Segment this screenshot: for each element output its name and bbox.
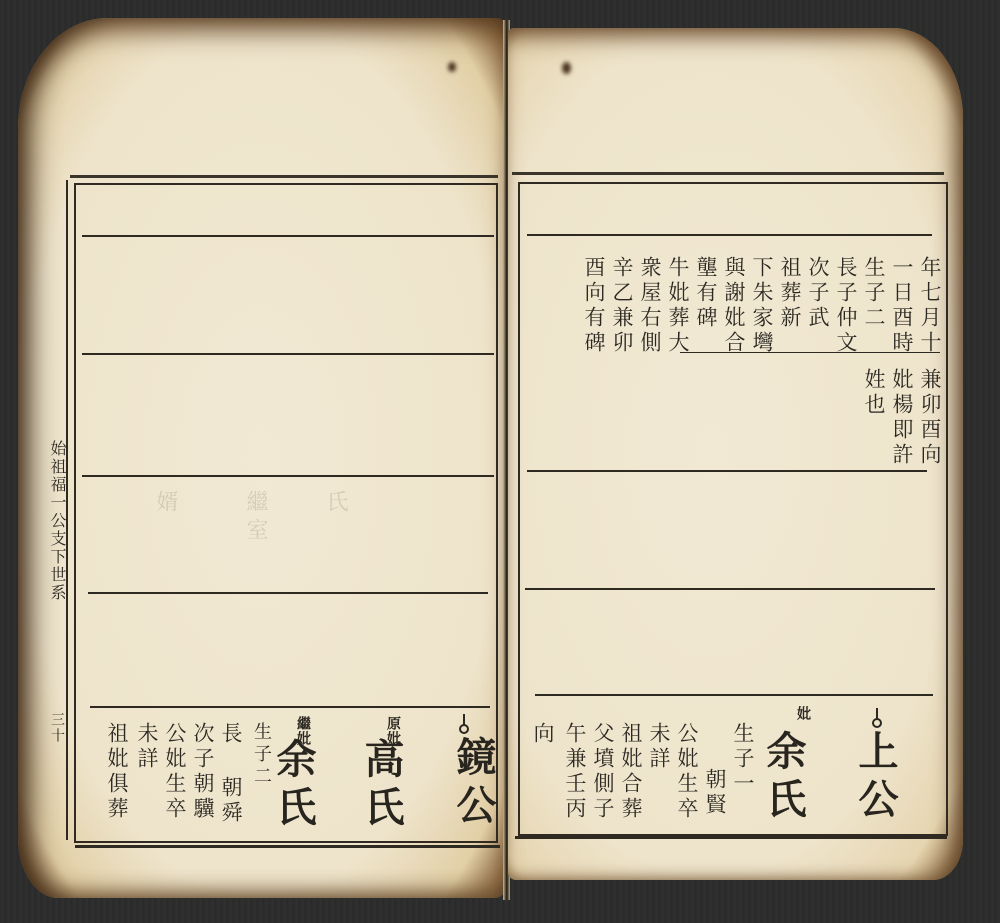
show-through-text: 婿	[150, 490, 181, 518]
entry-text: 下朱家壪	[749, 256, 775, 356]
entry-text: 年七月十	[917, 256, 943, 356]
entry-text: 未詳	[646, 722, 672, 772]
burn-spot	[562, 62, 571, 74]
entry-text: 兼卯酉向	[917, 368, 943, 468]
entry-text: 長	[218, 722, 244, 747]
entry-text: 衆屋右側	[637, 256, 663, 356]
entry-text: 酉向有碑	[581, 256, 607, 356]
page-number: 三十	[44, 712, 70, 744]
left-frame-bottom	[75, 845, 500, 848]
entry-text: 祖妣合葬	[618, 722, 644, 822]
spouse-label: 妣	[790, 706, 816, 721]
entry-text: 一日酉時	[889, 256, 915, 356]
right-frame-bottom	[515, 836, 947, 839]
entry-text: 祖妣俱葬	[104, 722, 130, 822]
entry-text: 生子二	[861, 256, 887, 331]
burn-spot	[448, 62, 456, 72]
show-through-text: 氏	[320, 490, 351, 518]
entry-text: 次子朝驥	[190, 722, 216, 822]
entry-text: 朝賢	[702, 768, 728, 818]
show-through-text: 繼室	[240, 490, 271, 546]
right-rule-1	[527, 234, 932, 236]
entry-text: 姓也	[861, 368, 887, 418]
entry-text: 生子二	[248, 722, 274, 788]
entry-text: 公妣生卒	[674, 722, 700, 822]
entry-text: 次子武	[805, 256, 831, 331]
entry-text: 公妣生卒	[162, 722, 188, 822]
left-rule-4	[88, 592, 488, 594]
entry-text: 辛乙兼卯	[609, 256, 635, 356]
entry-text: 與謝妣合	[721, 256, 747, 356]
right-rule-4	[535, 694, 933, 696]
left-rule-5	[90, 706, 490, 708]
entry-text: 午兼壬丙	[562, 722, 588, 822]
ancestor-name: 鏡公	[450, 736, 496, 832]
lineage-marker-icon	[459, 724, 469, 734]
left-frame-top	[70, 175, 498, 178]
spouse-name: 余氏	[270, 738, 316, 834]
entry-text: 壟有碑	[693, 256, 719, 331]
entry-text: 未詳	[134, 722, 160, 772]
entry-text: 祖葬新	[777, 256, 803, 331]
lineage-marker-icon	[872, 718, 882, 728]
ancestor-name: 上公	[852, 730, 898, 826]
entry-text: 朝舜	[218, 776, 244, 826]
entry-text: 牛妣葬大	[665, 256, 691, 356]
entry-text: 向	[530, 722, 556, 747]
left-rule-2	[82, 353, 494, 355]
right-frame-top	[512, 172, 944, 175]
entry-text: 生子一	[730, 722, 756, 797]
right-rule-3	[525, 588, 935, 590]
entry-text: 長子仲文	[833, 256, 859, 356]
margin-title: 始祖福一公支下世系	[44, 440, 70, 602]
spouse-name: 高氏	[358, 738, 404, 834]
left-rule-1	[82, 235, 494, 237]
spouse-name: 余氏	[760, 730, 806, 826]
left-rule-3	[82, 475, 494, 477]
right-rule-2	[527, 470, 927, 472]
entry-text: 妣楊即許	[889, 368, 915, 468]
entry-text: 父墳側子	[590, 722, 616, 822]
